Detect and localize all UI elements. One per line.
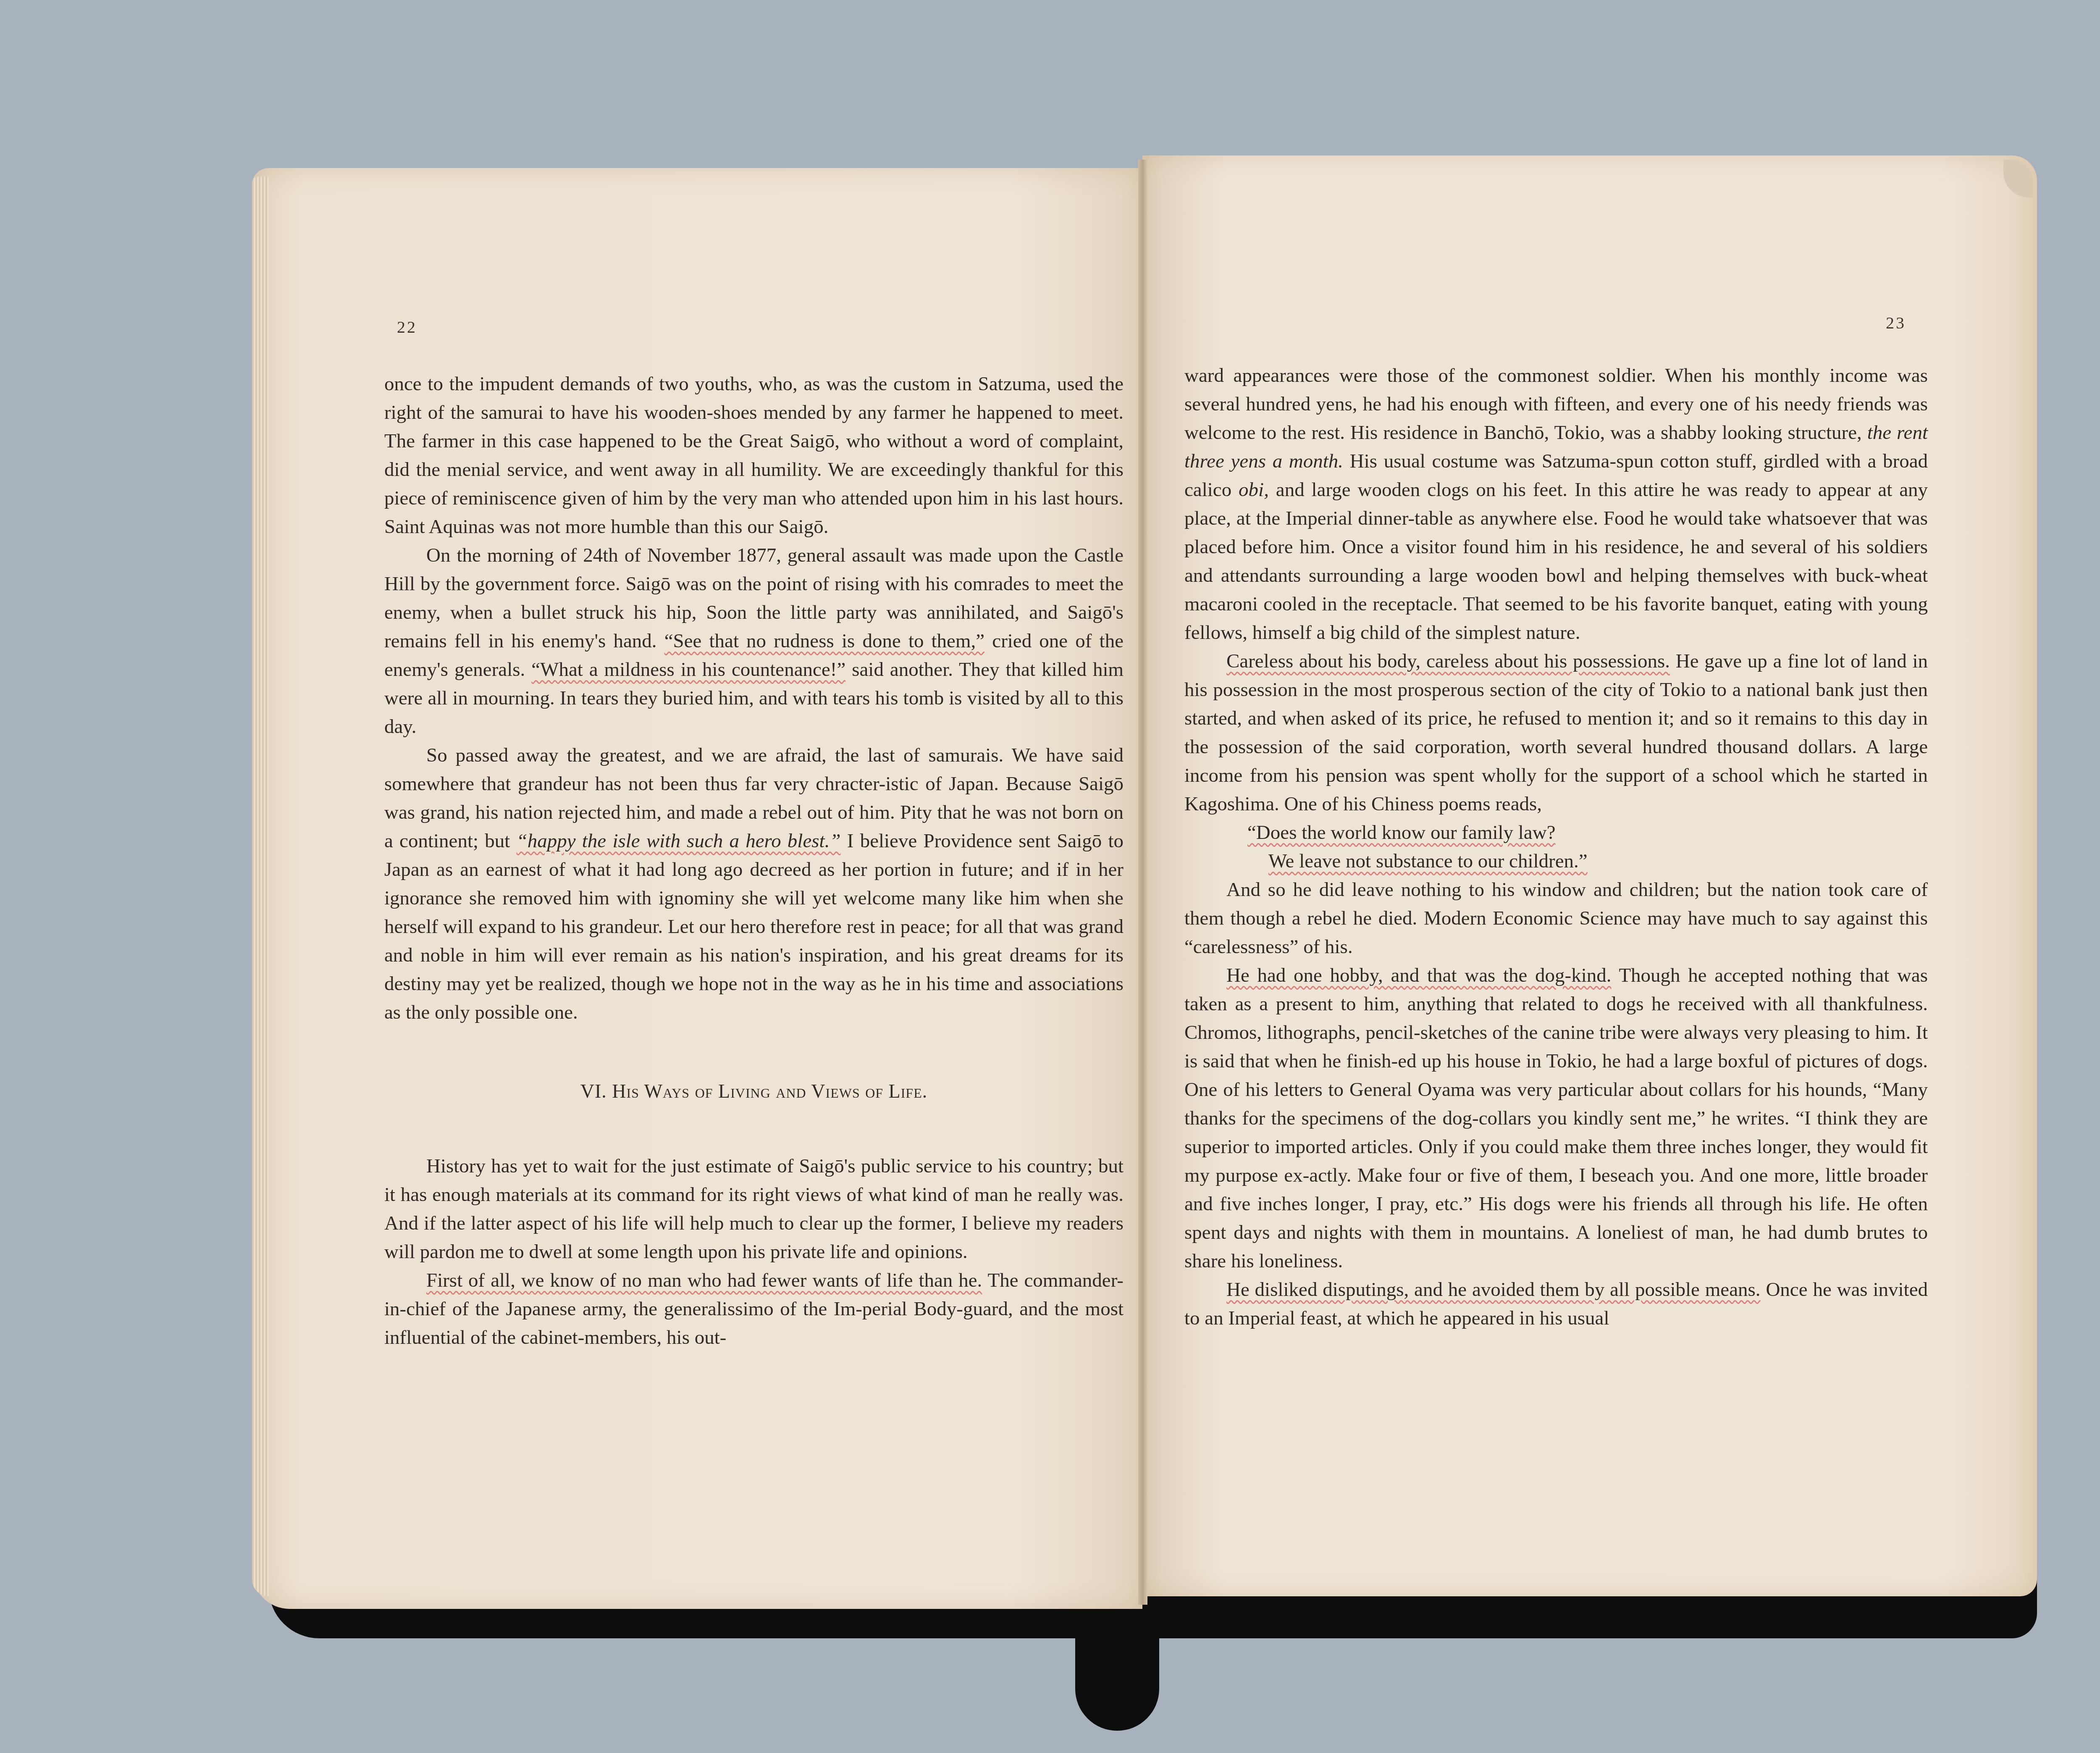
paragraph: ward appearances were those of the commo…	[1184, 361, 1928, 647]
underlined-sentence: He disliked disputings, and he avoided t…	[1226, 1279, 1761, 1301]
paragraph: History has yet to wait for the just est…	[384, 1152, 1123, 1266]
paragraph: So passed away the greatest, and we are …	[384, 741, 1123, 1027]
poem-line: “Does the world know our family law?	[1184, 818, 1928, 847]
underlined-sentence: He had one hobby, and that was the dog-k…	[1226, 965, 1612, 986]
italic-quote: “happy the isle with such a hero blest.”	[517, 830, 841, 852]
italic-word: obi,	[1239, 479, 1269, 501]
paragraph: He had one hobby, and that was the dog-k…	[1184, 961, 1928, 1275]
page-edges	[252, 176, 269, 1596]
section-heading: VI. His Ways of Living and Views of Life…	[384, 1077, 1123, 1106]
paragraph: once to the impudent demands of two yout…	[384, 370, 1123, 541]
underlined-sentence: First of all, we know of no man who had …	[426, 1269, 982, 1291]
underlined-quote: “See that no rudness is done to them,”	[664, 630, 984, 652]
page-number-right: 23	[1886, 313, 1906, 333]
page-number-left: 22	[397, 317, 417, 337]
paragraph: Careless about his body, careless about …	[1184, 647, 1928, 818]
poem-line: We leave not substance to our children.”	[1184, 847, 1928, 875]
paragraph: On the morning of 24th of November 1877,…	[384, 541, 1123, 741]
paragraph: He disliked disputings, and he avoided t…	[1184, 1275, 1928, 1332]
book-gutter	[1138, 160, 1147, 1605]
underlined-sentence: Careless about his body, careless about …	[1226, 650, 1670, 672]
left-text-column: once to the impudent demands of two yout…	[384, 370, 1123, 1352]
right-text-column: ward appearances were those of the commo…	[1184, 361, 1928, 1332]
underlined-quote: “What a mildness in his countenance!”	[531, 659, 845, 681]
paragraph: First of all, we know of no man who had …	[384, 1266, 1123, 1352]
book-shadow-tail	[1075, 1596, 1159, 1731]
paragraph: And so he did leave nothing to his windo…	[1184, 875, 1928, 961]
